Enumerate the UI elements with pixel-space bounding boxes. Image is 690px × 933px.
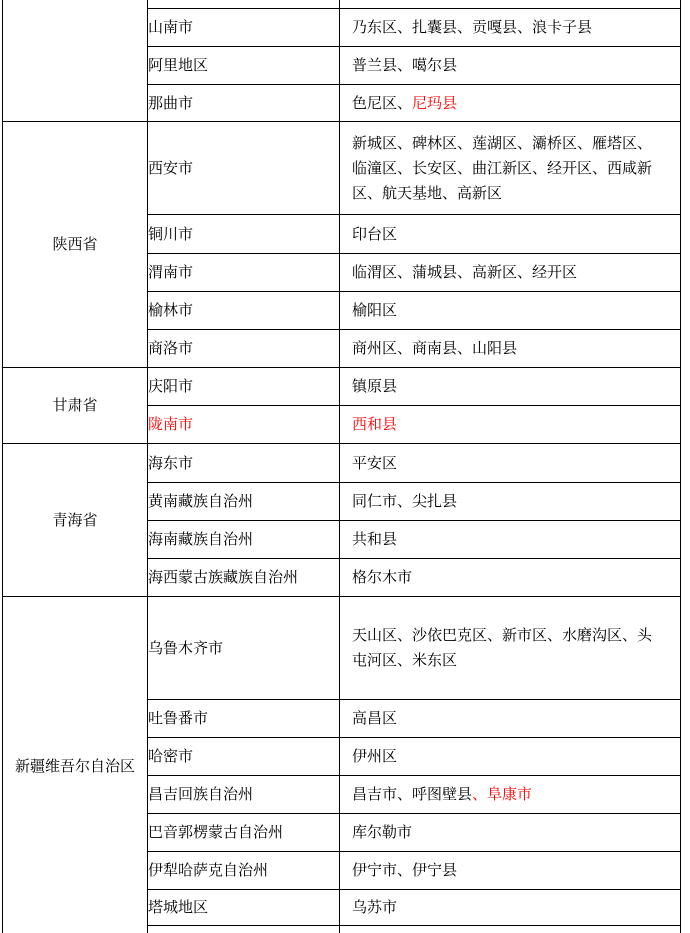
district-segment: 榆阳区 bbox=[352, 302, 397, 319]
districts-cell: 乌苏市 bbox=[340, 890, 681, 926]
districts-text: 伊宁市、伊宁县 bbox=[352, 858, 662, 883]
districts-cell: 同仁市、尖扎县 bbox=[340, 483, 681, 521]
districts-text: 高昌区 bbox=[352, 706, 662, 731]
city-cell: 巴音郭楞蒙古自治州 bbox=[148, 814, 340, 852]
districts-cell: 色尼区、尼玛县 bbox=[340, 85, 681, 122]
districts-cell: 伊宁市、伊宁县 bbox=[340, 852, 681, 890]
district-segment-highlighted: 尼玛县 bbox=[412, 95, 457, 112]
city-cell: 海南藏族自治州 bbox=[148, 521, 340, 559]
city-cell: 铜川市 bbox=[148, 215, 340, 254]
district-segment-highlighted: 、阜康市 bbox=[472, 786, 532, 803]
province-cell: 甘肃省 bbox=[3, 368, 148, 444]
districts-cell: 镇原县 bbox=[340, 368, 681, 406]
city-cell bbox=[148, 0, 340, 9]
province-cell: 青海省 bbox=[3, 444, 148, 597]
districts-cell: 印台区 bbox=[340, 215, 681, 254]
district-segment: 伊州区 bbox=[352, 748, 397, 765]
district-segment: 乃东区、扎囊县、贡嘎县、浪卡子县 bbox=[352, 19, 592, 36]
district-segment: 普兰县、噶尔县 bbox=[352, 57, 457, 74]
districts-text: 镇原县 bbox=[352, 374, 662, 399]
province-cell bbox=[3, 0, 148, 122]
districts-cell bbox=[340, 926, 681, 933]
districts-cell: 平安区 bbox=[340, 444, 681, 483]
city-cell: 海东市 bbox=[148, 444, 340, 483]
districts-text: 伊州区 bbox=[352, 744, 662, 769]
district-segment-highlighted: 西和县 bbox=[352, 416, 397, 433]
district-segment: 库尔勒市 bbox=[352, 824, 412, 841]
districts-text: 乃东区、扎囊县、贡嘎县、浪卡子县 bbox=[352, 15, 662, 40]
city-cell: 那曲市 bbox=[148, 85, 340, 122]
district-segment: 商州区、商南县、山阳县 bbox=[352, 340, 517, 357]
districts-text: 西和县 bbox=[352, 412, 662, 437]
district-segment: 平安区 bbox=[352, 455, 397, 472]
districts-cell: 乃东区、扎囊县、贡嘎县、浪卡子县 bbox=[340, 9, 681, 47]
district-segment: 昌吉市、呼图壁县 bbox=[352, 786, 472, 803]
districts-text: 共和县 bbox=[352, 527, 662, 552]
districts-text: 榆阳区 bbox=[352, 298, 662, 323]
districts-text: 色尼区、尼玛县 bbox=[352, 91, 662, 116]
districts-cell: 临渭区、蒲城县、高新区、经开区 bbox=[340, 254, 681, 292]
districts-cell: 西和县 bbox=[340, 406, 681, 444]
city-cell: 吐鲁番市 bbox=[148, 700, 340, 738]
city-cell: 渭南市 bbox=[148, 254, 340, 292]
districts-text: 临渭区、蒲城县、高新区、经开区 bbox=[352, 260, 662, 285]
district-segment: 乌苏市 bbox=[352, 899, 397, 916]
districts-text: 天山区、沙依巴克区、新市区、水磨沟区、头屯河区、米东区 bbox=[352, 623, 662, 673]
districts-cell: 新城区、碑林区、莲湖区、灞桥区、雁塔区、临潼区、长安区、曲江新区、经开区、西咸新… bbox=[340, 122, 681, 215]
city-cell: 昌吉回族自治州 bbox=[148, 776, 340, 814]
districts-text: 乌苏市 bbox=[352, 895, 662, 920]
city-cell: 庆阳市 bbox=[148, 368, 340, 406]
district-segment: 格尔木市 bbox=[352, 569, 412, 586]
districts-text: 格尔木市 bbox=[352, 565, 662, 590]
city-cell: 伊犁哈萨克自治州 bbox=[148, 852, 340, 890]
city-cell: 哈密市 bbox=[148, 738, 340, 776]
city-cell: 山南市 bbox=[148, 9, 340, 47]
city-cell: 商洛市 bbox=[148, 330, 340, 368]
city-cell bbox=[148, 926, 340, 933]
districts-cell: 共和县 bbox=[340, 521, 681, 559]
districts-text: 商州区、商南县、山阳县 bbox=[352, 336, 662, 361]
district-segment: 同仁市、尖扎县 bbox=[352, 493, 457, 510]
districts-text: 平安区 bbox=[352, 451, 662, 476]
districts-cell: 高昌区 bbox=[340, 700, 681, 738]
city-cell: 塔城地区 bbox=[148, 890, 340, 926]
city-cell: 阿里地区 bbox=[148, 47, 340, 85]
districts-cell bbox=[340, 0, 681, 9]
district-segment: 色尼区、 bbox=[352, 95, 412, 112]
region-table: 山南市乃东区、扎囊县、贡嘎县、浪卡子县阿里地区普兰县、噶尔县那曲市色尼区、尼玛县… bbox=[2, 0, 681, 933]
district-segment: 共和县 bbox=[352, 531, 397, 548]
districts-text: 昌吉市、呼图壁县、阜康市 bbox=[352, 782, 662, 807]
districts-cell: 普兰县、噶尔县 bbox=[340, 47, 681, 85]
province-cell: 陕西省 bbox=[3, 122, 148, 368]
districts-cell: 库尔勒市 bbox=[340, 814, 681, 852]
province-cell: 新疆维吾尔自治区 bbox=[3, 597, 148, 933]
district-segment: 新城区、碑林区、莲湖区、灞桥区、雁塔区、临潼区、长安区、曲江新区、经开区、西咸新… bbox=[352, 135, 652, 202]
table-row: 新疆维吾尔自治区乌鲁木齐市天山区、沙依巴克区、新市区、水磨沟区、头屯河区、米东区 bbox=[3, 597, 681, 700]
table-row: 青海省海东市平安区 bbox=[3, 444, 681, 483]
districts-text: 库尔勒市 bbox=[352, 820, 662, 845]
district-segment: 印台区 bbox=[352, 226, 397, 243]
districts-cell: 昌吉市、呼图壁县、阜康市 bbox=[340, 776, 681, 814]
districts-text: 新城区、碑林区、莲湖区、灞桥区、雁塔区、临潼区、长安区、曲江新区、经开区、西咸新… bbox=[352, 131, 662, 206]
table-row bbox=[3, 0, 681, 9]
districts-cell: 商州区、商南县、山阳县 bbox=[340, 330, 681, 368]
page: 山南市乃东区、扎囊县、贡嘎县、浪卡子县阿里地区普兰县、噶尔县那曲市色尼区、尼玛县… bbox=[0, 0, 690, 933]
city-cell: 黄南藏族自治州 bbox=[148, 483, 340, 521]
districts-cell: 天山区、沙依巴克区、新市区、水磨沟区、头屯河区、米东区 bbox=[340, 597, 681, 700]
districts-cell: 榆阳区 bbox=[340, 292, 681, 330]
districts-cell: 伊州区 bbox=[340, 738, 681, 776]
districts-text: 普兰县、噶尔县 bbox=[352, 53, 662, 78]
table-row: 甘肃省庆阳市镇原县 bbox=[3, 368, 681, 406]
city-cell: 陇南市 bbox=[148, 406, 340, 444]
districts-text: 印台区 bbox=[352, 222, 662, 247]
city-cell: 西安市 bbox=[148, 122, 340, 215]
city-cell: 海西蒙古族藏族自治州 bbox=[148, 559, 340, 597]
city-cell: 榆林市 bbox=[148, 292, 340, 330]
district-segment: 高昌区 bbox=[352, 710, 397, 727]
districts-text: 同仁市、尖扎县 bbox=[352, 489, 662, 514]
district-segment: 伊宁市、伊宁县 bbox=[352, 862, 457, 879]
district-segment: 天山区、沙依巴克区、新市区、水磨沟区、头屯河区、米东区 bbox=[352, 627, 652, 669]
districts-cell: 格尔木市 bbox=[340, 559, 681, 597]
district-segment: 镇原县 bbox=[352, 378, 397, 395]
city-cell: 乌鲁木齐市 bbox=[148, 597, 340, 700]
table-row: 陕西省西安市新城区、碑林区、莲湖区、灞桥区、雁塔区、临潼区、长安区、曲江新区、经… bbox=[3, 122, 681, 215]
district-segment: 临渭区、蒲城县、高新区、经开区 bbox=[352, 264, 577, 281]
